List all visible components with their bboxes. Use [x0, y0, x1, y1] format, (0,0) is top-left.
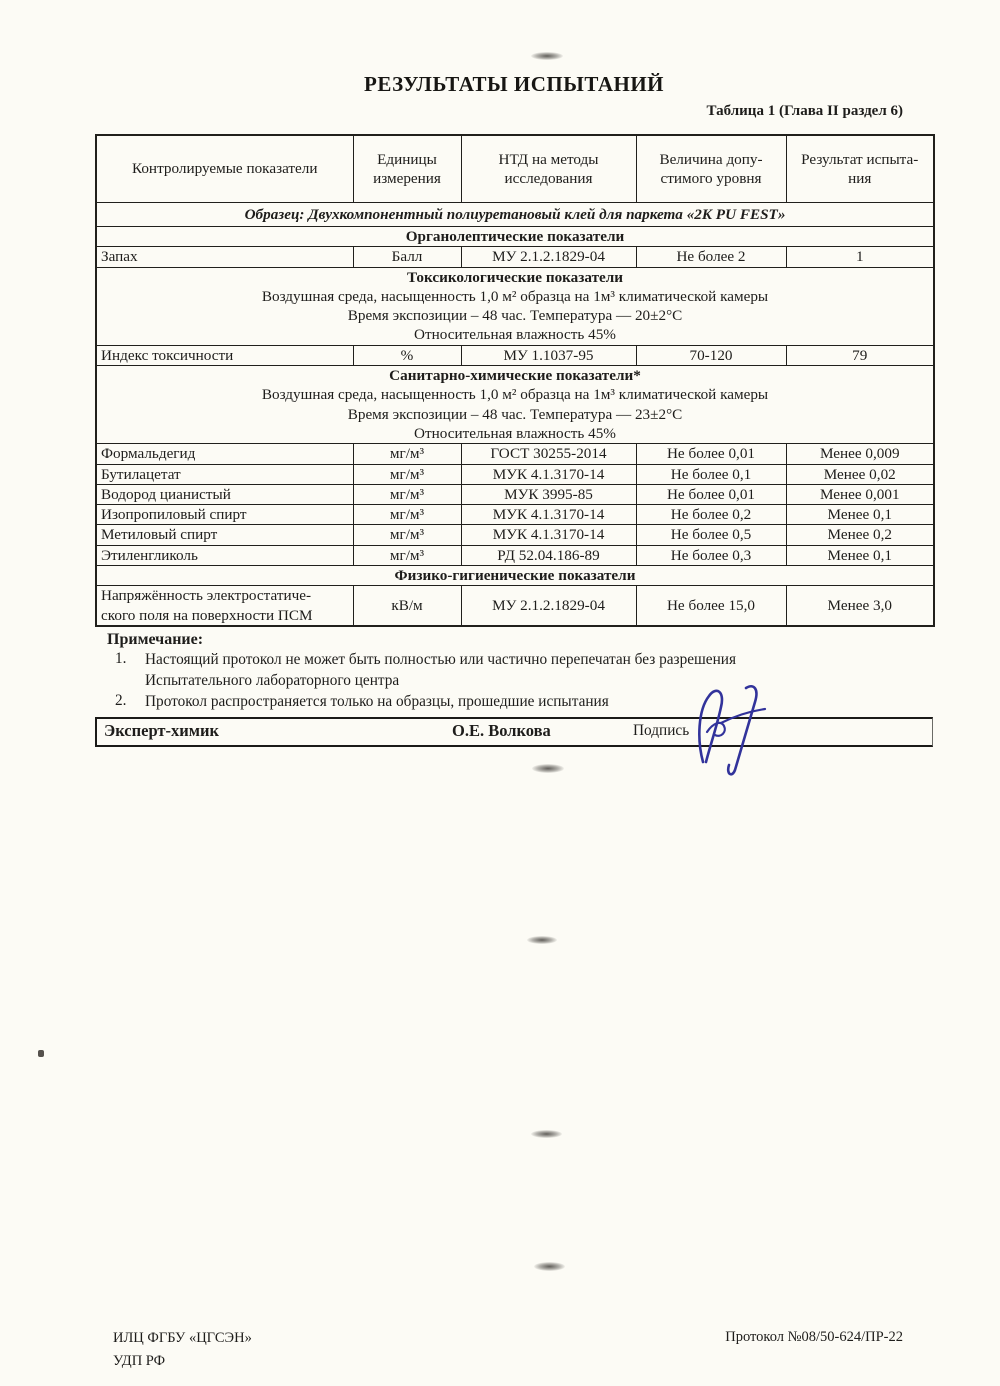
signer-role: Эксперт-химик: [104, 721, 219, 741]
cell: Формальдегид: [96, 444, 353, 464]
scan-artifact: [532, 764, 564, 773]
cell: МУ 2.1.2.1829-04: [461, 586, 636, 626]
column-header-2: НТД на методы исследования: [461, 135, 636, 203]
cell: Менее 0,2: [786, 525, 934, 545]
cell: мг/м³: [353, 525, 461, 545]
section-title: Санитарно-химические показатели*: [101, 366, 929, 385]
cell: 1: [786, 247, 934, 267]
scan-artifact: [534, 1262, 565, 1271]
section-title: Физико-гигиенические показатели: [101, 566, 929, 585]
note-text: Настоящий протокол не может быть полност…: [145, 650, 736, 691]
cell: Изопропиловый спирт: [96, 505, 353, 525]
note-text: Протокол распространяется только на обра…: [145, 692, 609, 713]
cell: Менее 0,001: [786, 484, 934, 504]
scan-artifact: [531, 1130, 562, 1138]
cell: мг/м³: [353, 464, 461, 484]
cell: Индекс токсичности: [96, 345, 353, 365]
section-condition-line: Время экспозиции – 48 час. Температура —…: [101, 306, 929, 325]
cell: 70-120: [636, 345, 786, 365]
page-title: РЕЗУЛЬТАТЫ ИСПЫТАНИЙ: [95, 0, 933, 97]
cell: МУ 1.1037-95: [461, 345, 636, 365]
note-number: 1.: [115, 650, 145, 691]
section-title: Органолептические показатели: [101, 227, 929, 246]
section-header: Санитарно-химические показатели*Воздушна…: [96, 366, 934, 444]
table-body: Образец: Двухкомпонентный полиуретановый…: [96, 203, 934, 626]
cell: МУК 4.1.3170-14: [461, 525, 636, 545]
note-number: 2.: [115, 692, 145, 713]
cell: Метиловый спирт: [96, 525, 353, 545]
section-condition-line: Воздушная среда, насыщенность 1,0 м² обр…: [101, 287, 929, 306]
cell: мг/м³: [353, 484, 461, 504]
table-row: Индекс токсичности%МУ 1.1037-9570-12079: [96, 345, 934, 365]
column-header-1: Единицы измерения: [353, 135, 461, 203]
cell: Менее 0,009: [786, 444, 934, 464]
document-content: РЕЗУЛЬТАТЫ ИСПЫТАНИЙ Таблица 1 (Глава II…: [95, 0, 933, 747]
cell: МУК 3995-85: [461, 484, 636, 504]
table-caption: Таблица 1 (Глава II раздел 6): [95, 103, 933, 120]
scan-artifact: [38, 1050, 44, 1057]
signature-row: Эксперт-химик О.Е. Волкова Подпись: [95, 717, 933, 747]
header-row: Контролируемые показателиЕдиницы измерен…: [96, 135, 934, 203]
table-row: Метиловый спиртмг/м³МУК 4.1.3170-14Не бо…: [96, 525, 934, 545]
footer-org-line1: ИЛЦ ФГБУ «ЦГСЭН»: [113, 1327, 252, 1350]
notes-label: Примечание:: [95, 631, 933, 649]
column-header-4: Результат испыта- ния: [786, 135, 934, 203]
column-header-3: Величина допу- стимого уровня: [636, 135, 786, 203]
cell: Не более 0,2: [636, 505, 786, 525]
signature-label: Подпись: [633, 722, 689, 740]
table-head: Контролируемые показателиЕдиницы измерен…: [96, 135, 934, 203]
cell: мг/м³: [353, 505, 461, 525]
cell: %: [353, 345, 461, 365]
cell: Менее 0,1: [786, 545, 934, 565]
cell: МУК 4.1.3170-14: [461, 464, 636, 484]
section-condition-line: Относительная влажность 45%: [101, 424, 929, 443]
cell: Не более 15,0: [636, 586, 786, 626]
section-title: Токсикологические показатели: [101, 268, 929, 287]
scan-artifact: [527, 936, 557, 944]
cell: МУ 2.1.2.1829-04: [461, 247, 636, 267]
note-item-1: 1. Настоящий протокол не может быть полн…: [95, 650, 933, 691]
section-condition-line: Воздушная среда, насыщенность 1,0 м² обр…: [101, 385, 929, 404]
scanned-document-page: РЕЗУЛЬТАТЫ ИСПЫТАНИЙ Таблица 1 (Глава II…: [0, 0, 1000, 1386]
section-header: Физико-гигиенические показатели: [96, 566, 934, 586]
cell: Менее 3,0: [786, 586, 934, 626]
cell: Не более 2: [636, 247, 786, 267]
cell: мг/м³: [353, 545, 461, 565]
cell: Бутилацетат: [96, 464, 353, 484]
signer-name: О.Е. Волкова: [452, 721, 551, 741]
results-table: Контролируемые показателиЕдиницы измерен…: [95, 134, 935, 627]
cell: Не более 0,01: [636, 444, 786, 464]
table-row: Этиленгликольмг/м³РД 52.04.186-89Не боле…: [96, 545, 934, 565]
cell: Не более 0,3: [636, 545, 786, 565]
table-row: Водород цианистыймг/м³МУК 3995-85Не боле…: [96, 484, 934, 504]
table-row: Формальдегидмг/м³ГОСТ 30255-2014Не более…: [96, 444, 934, 464]
cell: Не более 0,1: [636, 464, 786, 484]
cell: Водород цианистый: [96, 484, 353, 504]
cell: Не более 0,01: [636, 484, 786, 504]
cell: РД 52.04.186-89: [461, 545, 636, 565]
cell: Менее 0,1: [786, 505, 934, 525]
table-row: ЗапахБаллМУ 2.1.2.1829-04Не более 21: [96, 247, 934, 267]
sample-description: Образец: Двухкомпонентный полиуретановый…: [96, 203, 934, 227]
cell: Напряжённость электростатиче- ского поля…: [96, 586, 353, 626]
table-row: Бутилацетатмг/м³МУК 4.1.3170-14Не более …: [96, 464, 934, 484]
section-condition-line: Время экспозиции – 48 час. Температура —…: [101, 405, 929, 424]
footer-protocol-number: Протокол №08/50-624/ПР-22: [725, 1329, 903, 1346]
cell: Менее 0,02: [786, 464, 934, 484]
column-header-0: Контролируемые показатели: [96, 135, 353, 203]
section-header: Токсикологические показателиВоздушная ср…: [96, 267, 934, 345]
cell: Не более 0,5: [636, 525, 786, 545]
section-header: Органолептические показатели: [96, 227, 934, 247]
scan-artifact: [531, 52, 563, 60]
cell: мг/м³: [353, 444, 461, 464]
cell: 79: [786, 345, 934, 365]
table-row: Напряжённость электростатиче- ского поля…: [96, 586, 934, 626]
table-row: Изопропиловый спиртмг/м³МУК 4.1.3170-14Н…: [96, 505, 934, 525]
notes-block: Примечание: 1. Настоящий протокол не мож…: [95, 631, 933, 713]
cell: Балл: [353, 247, 461, 267]
cell: Этиленгликоль: [96, 545, 353, 565]
cell: Запах: [96, 247, 353, 267]
footer-organization: ИЛЦ ФГБУ «ЦГСЭН» УДП РФ: [113, 1327, 252, 1373]
handwritten-signature-icon: [683, 682, 795, 776]
note-item-2: 2. Протокол распространяется только на о…: [95, 692, 933, 713]
section-condition-line: Относительная влажность 45%: [101, 325, 929, 344]
cell: кВ/м: [353, 586, 461, 626]
footer-org-line2: УДП РФ: [113, 1350, 252, 1373]
cell: ГОСТ 30255-2014: [461, 444, 636, 464]
cell: МУК 4.1.3170-14: [461, 505, 636, 525]
